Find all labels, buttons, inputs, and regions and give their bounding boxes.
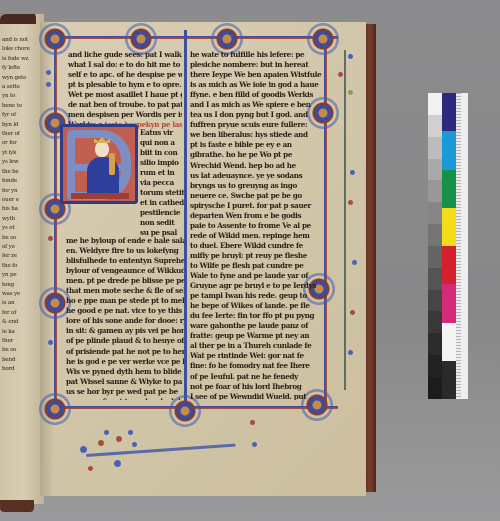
manuscript-text-line: fuffren pryue scuis eure fullere: [190,120,322,130]
manuscript-text-line: mifly pe bruyl: pt reuy pe fleshe [190,251,322,261]
yellow-patch [442,208,456,246]
left-margin-leaf [46,70,51,75]
manuscript-text-line: spirysche I puret. for pat p sauer [190,201,322,211]
manuscript-text-line: fratte: geup pe Warme pt ney an [190,331,322,341]
gray-patch [428,224,442,246]
manuscript-text-line: me he byloup of ende e hale salam [66,236,184,246]
corner-flourish-bottom-left [42,396,68,422]
manuscript-text-line: Wale to fyne and pe laude yar of [190,271,322,281]
vine-leaf [348,350,353,355]
manuscript-text-line: Wrechid Wend. hep bo ad he [190,161,322,171]
manuscript-text-line: of pe plinde plaud & to heuye of hare [66,336,184,346]
drollery-flower [132,442,137,447]
seated-figure-head [95,141,109,157]
border-flourish-top-right-col [214,26,240,52]
right-column-text: he wate to fulfille his lefere: peplesic… [190,50,322,400]
vine-leaf [348,90,353,95]
manuscript-text-line: be so [2,346,42,355]
manuscript-text-line: silio impio [140,158,184,168]
gray-patch [428,115,442,137]
manuscript-text-line: men despisen per Wordis per is [68,110,182,120]
manuscript-text-line: or for [2,139,42,148]
drollery-flower [80,446,87,453]
manuscript-text-line: and liche gude sees: pat I walk nat [68,50,182,60]
border-center-divider [184,30,187,410]
manuscript-text-line: he good e pe nat. vice to ye this [66,306,184,316]
bottom-right-flower [252,442,257,447]
manuscript-text-line: fyr of [2,111,42,120]
manuscript-text-line: us se hor byr pe wed pat pe be [66,387,184,397]
drollery-flower [128,430,133,435]
manuscript-text-line: pe tampl Iwan his rede. geup to [190,291,322,301]
manuscript-text-line: of pe Ieuful. pat ne he fenedy [190,372,322,382]
manuscript-text-line: not pe foar of his lord Ihebrog [190,382,322,392]
manuscript-text-line: ther of [2,130,42,139]
manuscript-text-line: he wate to fulfille his lefere: pe [190,50,322,60]
vine-leaf [350,310,355,315]
vine-leaf [352,260,357,265]
cyan-patch [442,131,456,169]
right-marginal-vine [330,50,360,390]
drollery-flower [98,440,104,446]
manuscript-text-line: fine: fo he fomodry nat fee Ihere [190,361,322,371]
gray-patch [428,180,442,202]
manuscript-text-line: of ye [2,243,42,252]
manuscript-text-line: there Ieype We ben apaien Wistfule [190,70,322,80]
manuscript-text-line: Gruyne agr pe bruyl e to pe Ierdys [190,281,322,291]
left-column-top-text: and liche gude sees: pat I walk natwhat … [68,50,182,130]
gray-patch [428,268,442,290]
manuscript-text-line: al ther pe in a Thureh cunlade fe [190,341,322,351]
manuscript-text-line: departen Wen from e be godis [190,211,322,221]
drollery-flower [88,466,93,471]
manuscript-text-line: fer of [2,309,42,318]
manuscript-text-line: he is god e pe ver werke vce pe lord [66,357,184,367]
color-calibration-target [428,93,468,399]
color-patches [442,93,456,399]
manuscript-text-line: & end [2,318,42,327]
gray-patch [428,290,442,312]
manuscript-text-line: plesiche nombere: but in hereat [190,60,322,70]
manuscript-text-line: non sedit [140,218,184,228]
manuscript-text-line: bryngs us to greuyng as ingo [190,181,322,191]
manuscript-text-line: the fo [2,262,42,271]
bottom-margin-drollery [72,430,252,470]
drollery-flower [104,430,109,435]
manuscript-text-line: loke chore [2,45,42,54]
gray-patch [428,246,442,268]
magenta-patch [442,284,456,322]
drollery-flower [114,460,121,467]
gray-patch [428,377,442,399]
manuscript-text-line: to Wilfe pe flesh pat cundre pe [190,261,322,271]
white-patch [442,323,456,361]
manuscript-text-line: bord [2,365,42,374]
gray-patch [428,202,442,224]
manuscript-text-line: yt lyk [2,149,42,158]
border-top [48,36,338,39]
border-right [324,36,327,410]
manuscript-text-line: self e to apc. of he despise pe werke [68,70,182,80]
manuscript-text-line: in sit: & gamen ay pis vei pe hord [66,326,184,336]
manuscript-text-line: us lat adeuaynce. ye ye sodans [190,171,322,181]
blue-patch [442,93,456,131]
manuscript-photograph: and is notloke choreis fode wzfy leftewy… [0,0,500,521]
gray-patch [428,333,442,355]
manuscript-text-line: en. Weldyre fire to us lokefyng [66,246,184,256]
manuscript-text-line: his ha [2,205,42,214]
manuscript-text-line: ys et [2,224,42,233]
manuscript-text-line: le ka [2,328,42,337]
manuscript-text-line: rum et in [140,168,184,178]
manuscript-text-line: tong [2,281,42,290]
corner-flourish-top-left [42,26,68,52]
manuscript-text-line: ffyne. e ben filld of goodis Werkis [190,90,322,100]
black-patch [442,361,456,399]
manuscript-text-line: the be [2,168,42,177]
manuscript-text-line: and is not [2,36,42,45]
manuscript-text-line: and I as mich as We spiere e ben [190,100,322,110]
left-margin-leaf [48,236,53,241]
gray-patch [428,93,442,115]
left-cover-bottom-edge [0,500,34,512]
vine-stalk [344,50,346,390]
green-patch [442,170,456,208]
manuscript-text-line: what I sal do: e to do hit me to hym [68,60,182,70]
grayscale-patches [428,93,442,399]
manuscript-text-line: via pecca [140,178,184,188]
manuscript-text-line: yn pe [2,271,42,280]
manuscript-text-line: be so [2,234,42,243]
manuscript-text-line: of prisiende pat he not pe to here [66,347,184,357]
gray-patch [428,137,442,159]
manuscript-text-line: ne mercy & pat to pe hord e lohe [66,397,184,400]
left-column-lower-text: me he byloup of ende e hale salamen. Wel… [66,236,184,400]
manuscript-text-line: we ben liberalus: hys stiede and [190,130,322,140]
left-page-text: and is notloke choreis fode wzfy leftewy… [2,36,42,375]
gray-patch [428,159,442,181]
bottom-right-flower [250,420,255,425]
manuscript-text-line: that men mote seche & fle of sel [66,286,184,296]
manuscript-text-line: fy lefte [2,64,42,73]
manuscript-text-line: tea us I don pyng but I god. and [190,110,322,120]
manuscript-text-line: biit in con [140,148,184,158]
manuscript-text-line: qui non a [140,138,184,148]
manuscript-text-line: paie to Assente to frome Ve al pe [190,221,322,231]
manuscript-text-line: ware gahonthe pe laude panz of [190,321,322,331]
manuscript-text-line: ouer e [2,196,42,205]
measurement-ruler [456,93,468,399]
gray-patch [428,355,442,377]
manuscript-text-line: was ye [2,290,42,299]
manuscript-text-line: Wet pe most asaillet I haue pt go [68,90,182,100]
border-flourish-top-center [128,26,154,52]
manuscript-text-line: is an [2,299,42,308]
vine-leaf [338,72,343,77]
manuscript-text-line: torum stetit [140,188,184,198]
manuscript-text-line: Eatus vir [140,128,184,138]
vine-leaf [348,54,353,59]
manuscript-text-line: a sette [2,83,42,92]
manuscript-text-line: he bepe of Wikes of lande. pe fle [190,301,322,311]
manuscript-text-line: wyn gete [2,74,42,83]
manuscript-text-line: Wis ve pyned dyth hem to blide [66,367,184,377]
manuscript-text-line: bend [2,356,42,365]
vine-leaf [350,170,355,175]
manuscript-text-line: bene to [2,102,42,111]
left-margin-leaf [48,340,53,345]
drollery-flower [116,436,122,442]
gray-patch [428,311,442,333]
manuscript-text-line: fer ze [2,252,42,261]
scepter-icon [109,153,115,175]
manuscript-text-line: et in cathedra [140,198,184,208]
manuscript-text-line: pt is plesable to hym e to opre. In [68,80,182,90]
initial-floor [71,193,129,199]
manuscript-text-line: fonde [2,177,42,186]
manuscript-text-line: neuere ce. Swche pat pe be go [190,191,322,201]
historiated-initial-b [60,124,138,204]
corner-flourish-top-right [310,26,336,52]
manuscript-text-line: pestilencie [140,208,184,218]
manuscript-text-line: bylour of vengeaunce of Wikkud [66,266,184,276]
red-patch [442,246,456,284]
manuscript-text-line: lore of his sone ande for dooe: ry [66,316,184,326]
border-flourish-bottom-center [172,398,198,424]
drollery-stem [86,444,236,457]
manuscript-text-line: blisfulhede to ententyn Suprehe [66,256,184,266]
manuscript-text-line: fer yn [2,187,42,196]
manuscript-text-line: Wat pe rintinde Wei: gor nat fe [190,351,322,361]
manuscript-text-line: pat Wissel sanne & Wiyke to pa [66,377,184,387]
manuscript-text-line: ho e ppe man pe stede pt to mele [66,296,184,306]
border-flourish-left-lower [42,290,68,316]
manuscript-text-line: pt is faste e bible pe ey e an [190,140,322,150]
vine-leaf [348,200,353,205]
manuscript-text-line: byn ld [2,121,42,130]
manuscript-text-line: yn to [2,92,42,101]
manuscript-text-line: to duel. Ebere Wikid cundre fe [190,241,322,251]
manuscript-text-line: ther [2,337,42,346]
left-margin-leaf [46,82,51,87]
left-facing-page: and is notloke choreis fode wzfy leftewy… [0,14,44,504]
manuscript-text-line: is as mich as We ioie in god a haue [190,80,322,90]
manuscript-text-line: gibrathe. ho he pe Wo pt pe [190,150,322,160]
left-cover-edge [0,14,36,24]
manuscript-text-line: I see of pe Wewndid Wueld. put [190,392,322,400]
manuscript-text-line: is fode wz [2,55,42,64]
manuscript-text-line: du fee Ierte: fin tor ffo pt pu pyng [190,311,322,321]
manuscript-text-line: ys lew [2,158,42,167]
manuscript-text-line: rede of Wikid men. repinge hem [190,231,322,241]
manuscript-text-line: men. pt pe drede pe blisse pe pe [66,276,184,286]
text-beside-initial: Eatus virqui non abiit in consilio impio… [140,128,184,240]
manuscript-text-line: wyth [2,215,42,224]
manuscript-text-line: de nat ben of troube. to pat pat [68,100,182,110]
